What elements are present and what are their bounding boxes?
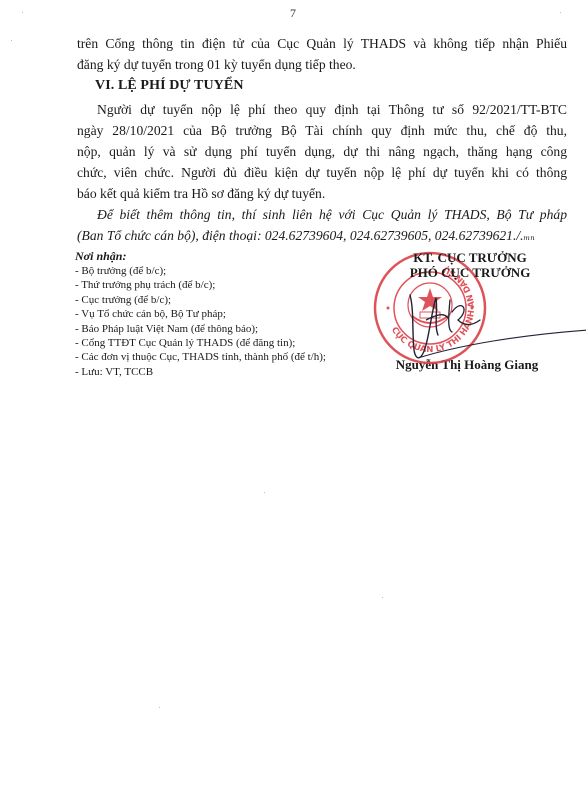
text-line: Để biết thêm thông tin, thí sinh liên hệ… bbox=[77, 204, 567, 225]
recipient-item: - Các đơn vị thuộc Cục, THADS tỉnh, thàn… bbox=[75, 350, 375, 364]
recipient-item: - Vụ Tổ chức cán bộ, Bộ Tư pháp; bbox=[75, 307, 375, 321]
recipient-item: - Thứ trưởng phụ trách (để b/c); bbox=[75, 278, 375, 292]
signer-authority: KT. CỤC TRƯỞNG bbox=[380, 250, 560, 265]
text-line: Người dự tuyển nộp lệ phí theo quy định … bbox=[77, 99, 567, 120]
signature-block: KT. CỤC TRƯỞNG PHÓ CỤC TRƯỞNG bbox=[380, 250, 560, 280]
contact-text: (Ban Tổ chức cán bộ), điện thoại: 024.62… bbox=[77, 228, 524, 243]
text-line: đăng ký dự tuyển trong 01 kỳ tuyển dụng … bbox=[77, 54, 567, 75]
text-line: nộp, quản lý và sử dụng phí tuyển dụng, … bbox=[77, 141, 567, 162]
scan-speck bbox=[11, 40, 12, 41]
text-line: chức, viên chức. Người đủ điều kiện dự t… bbox=[77, 162, 567, 183]
scan-speck bbox=[22, 12, 23, 13]
scan-speck bbox=[382, 597, 383, 598]
initial-mark: ₘₙ bbox=[524, 231, 535, 243]
text-line: (Ban Tổ chức cán bộ), điện thoại: 024.62… bbox=[77, 225, 567, 248]
scan-speck bbox=[264, 492, 265, 493]
scan-speck bbox=[560, 12, 561, 13]
text-line: báo kết quả kiểm tra Hồ sơ đăng ký dự tu… bbox=[77, 183, 567, 204]
recipient-item: - Cổng TTĐT Cục Quản lý THADS (để đăng t… bbox=[75, 336, 375, 350]
signer-title: PHÓ CỤC TRƯỞNG bbox=[380, 265, 560, 280]
continuation-paragraph: trên Cổng thông tin điện tử của Cục Quản… bbox=[77, 33, 567, 75]
recipient-item: - Cục trưởng (để b/c); bbox=[75, 293, 375, 307]
fee-paragraph: Người dự tuyển nộp lệ phí theo quy định … bbox=[77, 99, 567, 204]
scan-speck bbox=[159, 707, 160, 708]
text-line: trên Cổng thông tin điện tử của Cục Quản… bbox=[77, 33, 567, 54]
recipient-item: - Báo Pháp luật Việt Nam (để thông báo); bbox=[75, 322, 375, 336]
recipient-item: - Lưu: VT, TCCB bbox=[75, 365, 375, 379]
recipient-item: - Bộ trưởng (để b/c); bbox=[75, 264, 375, 278]
page-number: 7 bbox=[0, 6, 586, 21]
recipients-title: Nơi nhận: bbox=[75, 249, 375, 264]
text-line: ngày 28/10/2021 của Bộ trưởng Bộ Tài chí… bbox=[77, 120, 567, 141]
recipients-list: Nơi nhận: - Bộ trưởng (để b/c); - Thứ tr… bbox=[75, 249, 375, 379]
section-heading: VI. LỆ PHÍ DỰ TUYỂN bbox=[95, 78, 244, 94]
contact-paragraph: Để biết thêm thông tin, thí sinh liên hệ… bbox=[77, 204, 567, 248]
handwritten-signature-icon bbox=[400, 290, 586, 365]
